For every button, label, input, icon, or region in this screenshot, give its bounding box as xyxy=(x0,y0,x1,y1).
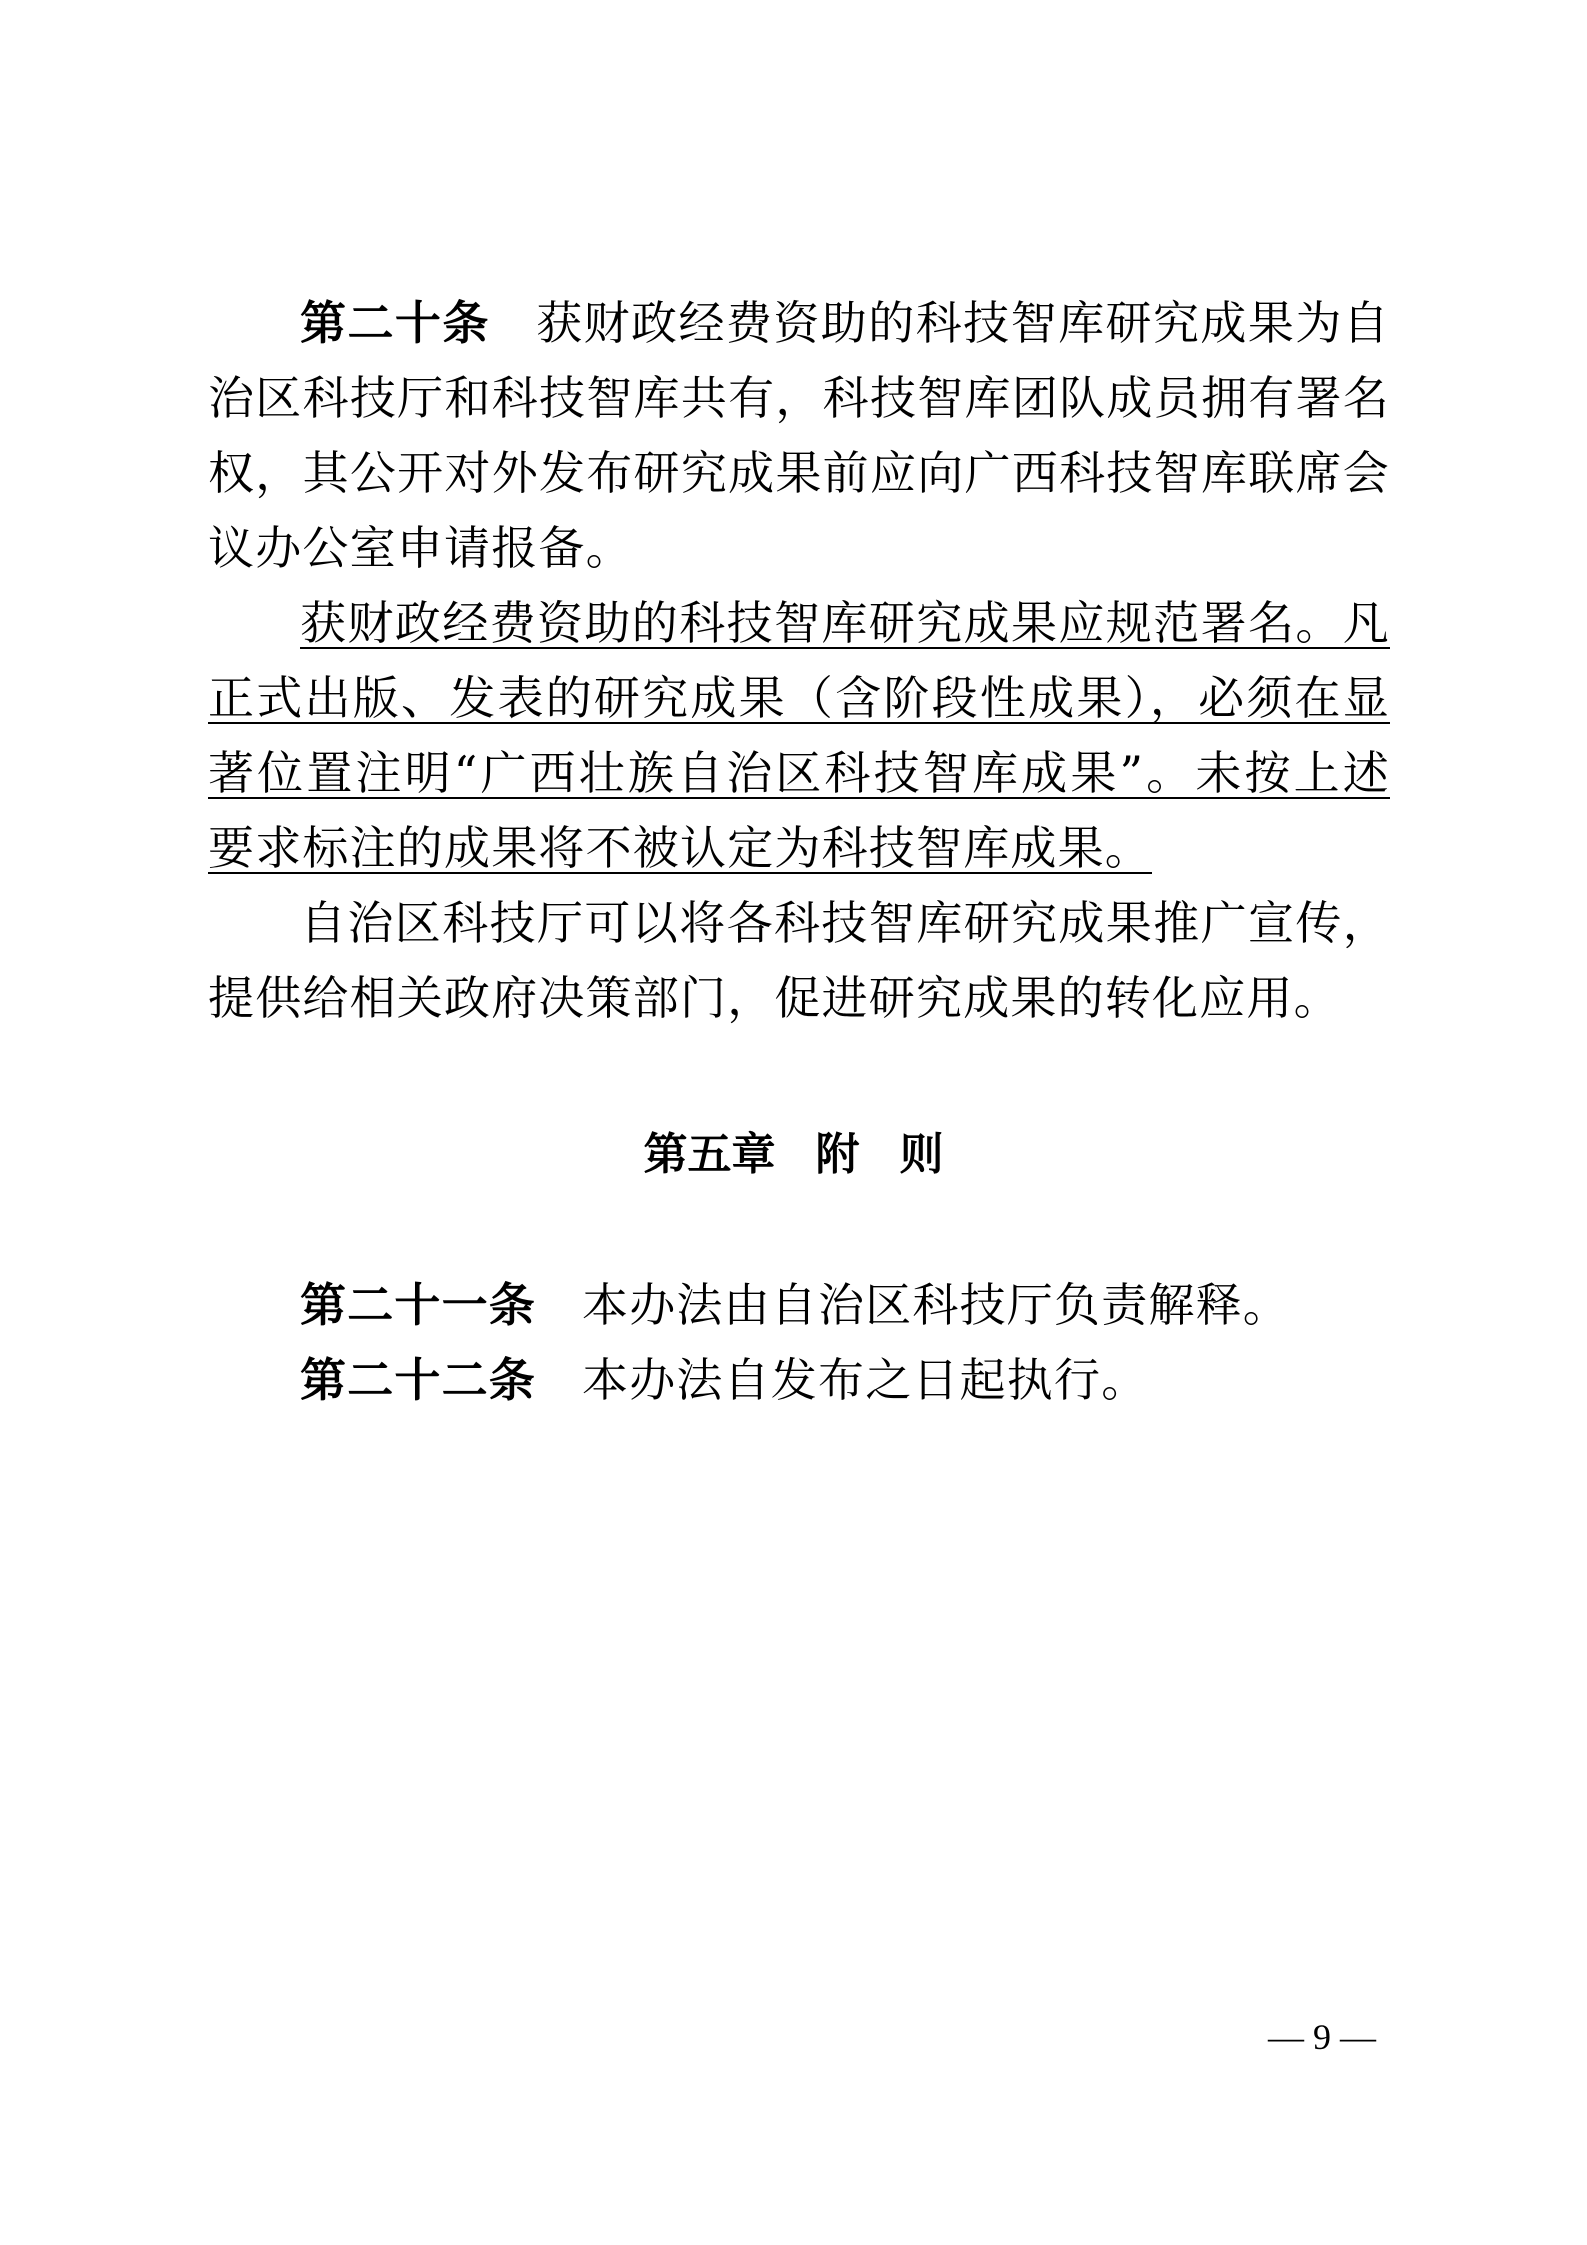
article-20-paragraph-2: 获财政经费资助的科技智库研究成果应规范署名。凡正式出版、发表的研究成果（含阶段性… xyxy=(208,586,1390,886)
article-21: 第二十一条本办法由自治区科技厅负责解释。 xyxy=(208,1268,1390,1343)
article-20-section: 第二十条获财政经费资助的科技智库研究成果为自治区科技厅和科技智库共有，科技智库团… xyxy=(208,286,1390,1036)
article-20-label: 第二十条 xyxy=(300,296,490,350)
article-20-paragraph-1: 第二十条获财政经费资助的科技智库研究成果为自治区科技厅和科技智库共有，科技智库团… xyxy=(208,286,1390,586)
page-number: — 9 — xyxy=(1268,2015,1376,2059)
document-page: 第二十条获财政经费资助的科技智库研究成果为自治区科技厅和科技智库共有，科技智库团… xyxy=(0,0,1587,2245)
chapter-title-char-2: 则 xyxy=(900,1129,944,1180)
chapter-title-char-1: 附 xyxy=(816,1129,860,1180)
article-21-label: 第二十一条 xyxy=(300,1278,536,1332)
article-20-text-3: 自治区科技厅可以将各科技智库研究成果推广宣传，提供给相关政府决策部门，促进研究成… xyxy=(208,896,1390,1025)
article-21-text: 本办法由自治区科技厅负责解释。 xyxy=(582,1278,1290,1332)
chapter-heading: 第五章附则 xyxy=(0,1120,1587,1190)
article-20-underlined-text: 获财政经费资助的科技智库研究成果应规范署名。凡正式出版、发表的研究成果（含阶段性… xyxy=(208,596,1390,875)
final-articles: 第二十一条本办法由自治区科技厅负责解释。 第二十二条本办法自发布之日起执行。 xyxy=(208,1268,1390,1418)
chapter-number: 第五章 xyxy=(644,1129,776,1180)
article-22-text: 本办法自发布之日起执行。 xyxy=(582,1353,1148,1407)
article-22-label: 第二十二条 xyxy=(300,1353,536,1407)
article-20-paragraph-3: 自治区科技厅可以将各科技智库研究成果推广宣传，提供给相关政府决策部门，促进研究成… xyxy=(208,886,1390,1036)
article-22: 第二十二条本办法自发布之日起执行。 xyxy=(208,1343,1390,1418)
